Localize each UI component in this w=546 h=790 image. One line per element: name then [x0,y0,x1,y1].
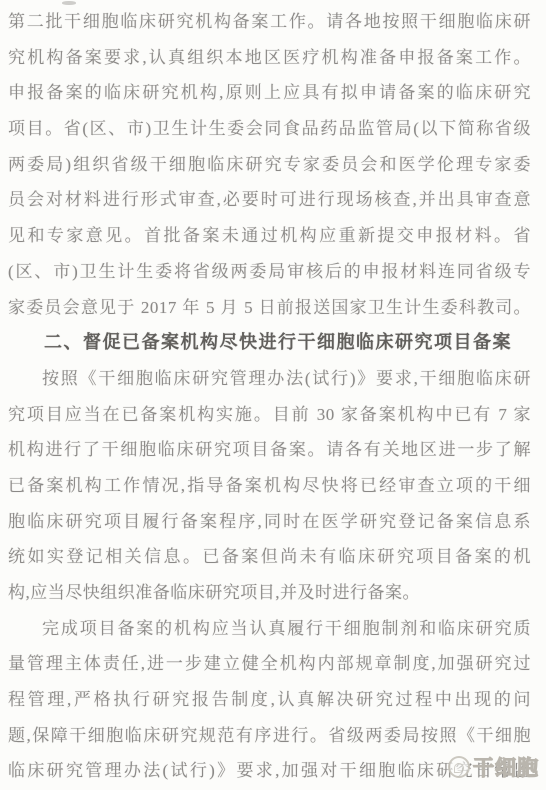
text-line: 项目。省(区、市)卫生计生委会同食品药品监管局(以下简称省级 [8,111,531,147]
text-line: 家委员会意见于 2017 年 5 月 5 日前报送国家卫生计生委科教司。 [8,290,531,326]
text-line: 按照《干细胞临床研究管理办法(试行)》要求,干细胞临床研 [8,361,531,397]
text-line: 完成项目备案的机构应当认真履行干细胞制剂和临床研究质 [8,611,531,647]
document-text-block: 第二批干细胞临床研究机构备案工作。请各地按照干细胞临床研究机构备案要求,认真组织… [8,4,531,789]
text-line: 题,保障干细胞临床研究规范有序进行。省级两委局按照《干细胞 [8,718,531,754]
text-line: 胞临床研究项目履行备案程序,同时在医学研究登记备案信息系 [8,504,531,540]
text-line: 申报备案的临床研究机构,原则上应具有拟申请备案的临床研究 [8,75,531,111]
text-line: 统如实登记相关信息。已备案但尚未有临床研究项目备案的机 [8,539,531,575]
text-line: 究项目应当在已备案机构实施。目前 30 家备案机构中已有 7 家 [8,397,531,433]
document-page: 第二批干细胞临床研究机构备案工作。请各地按照干细胞临床研究机构备案要求,认真组织… [0,0,546,790]
text-line: 两委局)组织省级干细胞临床研究专家委员会和医学伦理专家委 [8,147,531,183]
text-line: 程管理,严格执行研究报告制度,认真解决研究过程中出现的问 [8,682,531,718]
text-line: 已备案机构工作情况,指导备案机构尽快将已经审查立项的干细 [8,468,531,504]
watermark-logo-icon [448,756,470,778]
text-line: 机构进行了干细胞临床研究项目备案。请各有关地区进一步了解 [8,432,531,468]
scan-artifact [62,1,76,5]
watermark: 干细胞 [448,750,539,784]
text-line: (区、市)卫生计生委将省级两委局审核后的申报材料连同省级专 [8,254,531,290]
text-line: 员会对材料进行形式审查,必要时可进行现场核查,并出具审查意 [8,182,531,218]
section-heading: 二、督促已备案机构尽快进行干细胞临床研究项目备案 [8,325,531,361]
text-line: 究机构备案要求,认真组织本地区医疗机构准备申报备案工作。 [8,40,531,76]
text-line: 构,应当尽快组织准备临床研究项目,并及时进行备案。 [8,575,531,611]
text-line: 量管理主体责任,进一步建立健全机构内部规章制度,加强研究过 [8,646,531,682]
text-line: 第二批干细胞临床研究机构备案工作。请各地按照干细胞临床研 [8,4,531,40]
text-line: 见和专家意见。首批备案未通过机构应重新提交申报材料。省 [8,218,531,254]
watermark-text: 干细胞 [473,752,539,782]
